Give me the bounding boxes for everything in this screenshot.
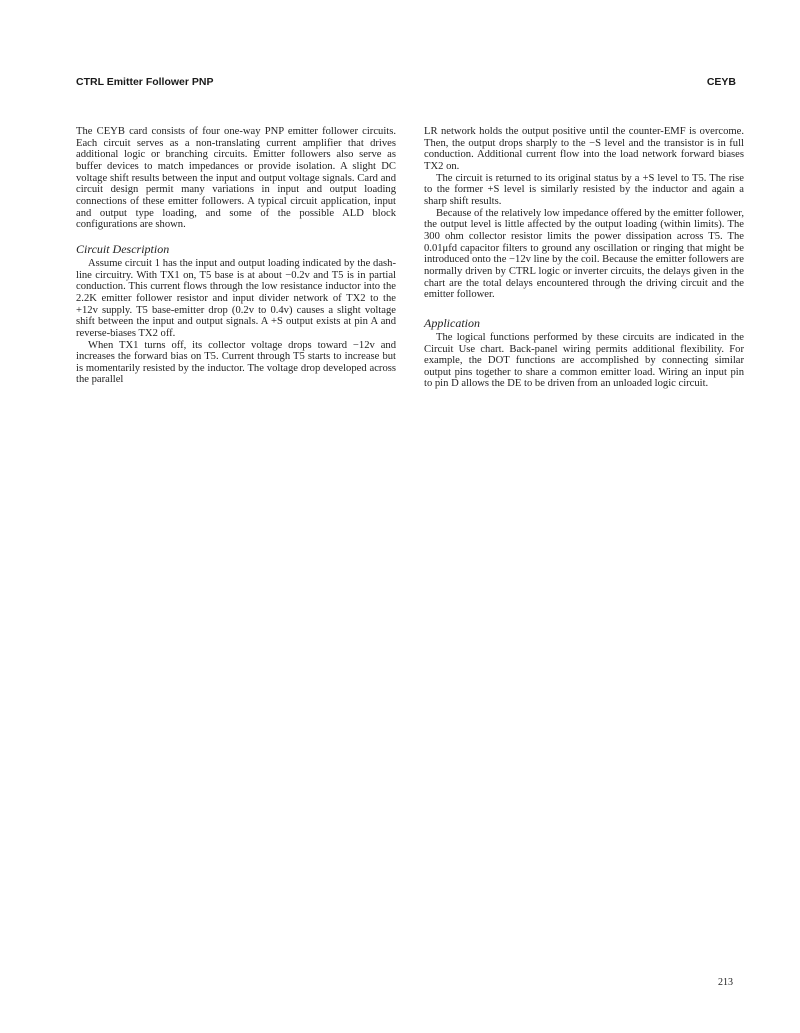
circuit-description-paragraph-2: When TX1 turns off, its collector voltag… <box>76 340 396 387</box>
right-column: LR network holds the output positive unt… <box>424 126 744 390</box>
circuit-description-paragraph-1: Assume circuit 1 has the input and outpu… <box>76 258 396 340</box>
intro-paragraph: The CEYB card consists of four one-way P… <box>76 126 396 231</box>
circuit-description-paragraph-4: The circuit is returned to its original … <box>424 173 744 208</box>
application-heading: Application <box>424 317 744 330</box>
page-number: 213 <box>718 977 733 988</box>
circuit-description-paragraph-5: Because of the relatively low impedance … <box>424 208 744 301</box>
left-column: The CEYB card consists of four one-way P… <box>76 126 396 386</box>
card-code: CEYB <box>707 76 736 88</box>
application-paragraph: The logical functions performed by these… <box>424 332 744 390</box>
circuit-description-heading: Circuit Description <box>76 243 396 256</box>
circuit-description-paragraph-3: LR network holds the output positive unt… <box>424 126 744 173</box>
page-title: CTRL Emitter Follower PNP <box>76 76 214 88</box>
